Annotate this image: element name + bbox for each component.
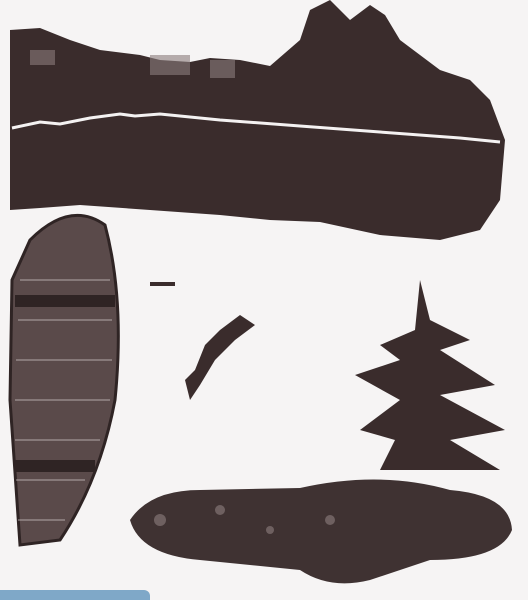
fir-tree	[355, 280, 505, 470]
photograph	[0, 0, 528, 600]
snowshoe	[10, 215, 118, 545]
snow-scene	[0, 0, 528, 600]
watermark-banner	[0, 590, 150, 600]
dark-shape	[130, 479, 512, 583]
twig	[185, 315, 255, 400]
debris	[150, 282, 175, 286]
